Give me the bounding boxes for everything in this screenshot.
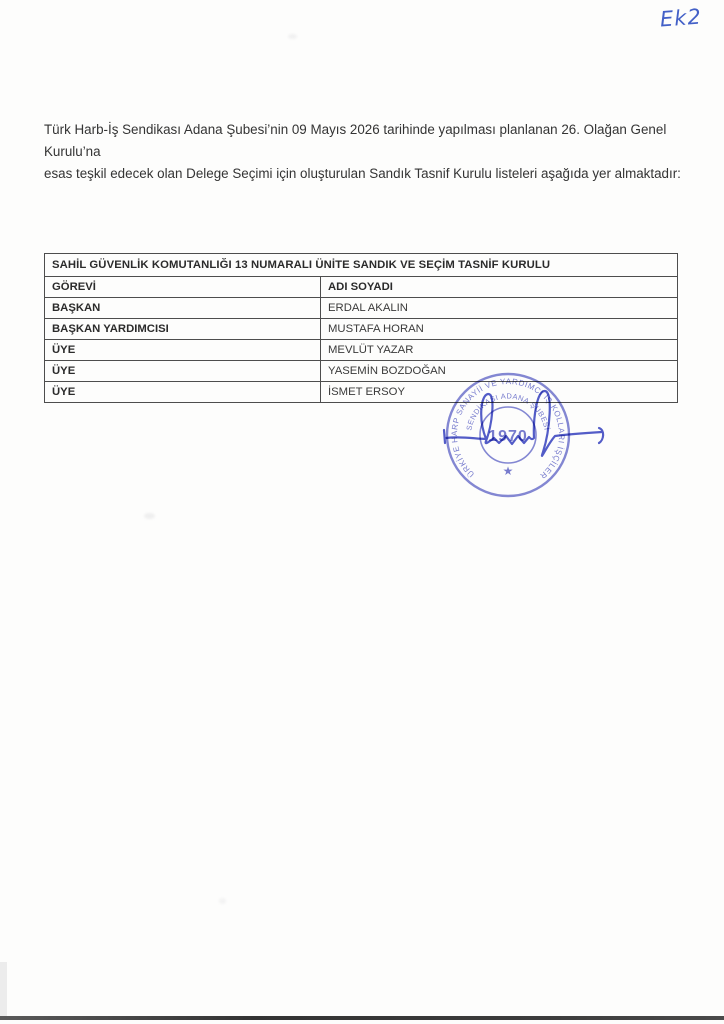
- signature-main-stroke: [446, 391, 602, 456]
- handwritten-annotation-ek2: Ek2: [659, 5, 702, 32]
- role-cell: ÜYE: [45, 340, 321, 361]
- table-title-row: SAHİL GÜVENLİK KOMUTANLIĞI 13 NUMARALI Ü…: [45, 254, 678, 277]
- scan-edge-artifact: [0, 962, 7, 1016]
- intro-line-2: esas teşkil edecek olan Delege Seçimi iç…: [44, 163, 688, 185]
- scanned-document-page: Ek2 Türk Harb-İş Sendikası Adana Şubesi’…: [0, 0, 724, 1024]
- table-row: BAŞKAN YARDIMCISI MUSTAFA HORAN: [45, 319, 678, 340]
- scan-smudge: [288, 34, 297, 39]
- scan-bottom-edge: [0, 1016, 724, 1020]
- name-cell: MEVLÜT YAZAR: [321, 340, 678, 361]
- scan-smudge: [144, 513, 155, 519]
- role-cell: BAŞKAN YARDIMCISI: [45, 319, 321, 340]
- table-header-row: GÖREVİ ADI SOYADI: [45, 277, 678, 298]
- signature: [428, 378, 628, 483]
- scan-smudge: [219, 898, 226, 904]
- name-cell: MUSTAFA HORAN: [321, 319, 678, 340]
- intro-line-1: Türk Harb-İş Sendikası Adana Şubesi’nin …: [44, 119, 688, 163]
- signature-end-hook: [599, 428, 603, 443]
- table-title: SAHİL GÜVENLİK KOMUTANLIĞI 13 NUMARALI Ü…: [45, 254, 678, 277]
- role-cell: ÜYE: [45, 382, 321, 403]
- table-row: BAŞKAN ERDAL AKALIN: [45, 298, 678, 319]
- table-row: ÜYE MEVLÜT YAZAR: [45, 340, 678, 361]
- role-cell: ÜYE: [45, 361, 321, 382]
- name-cell: ERDAL AKALIN: [321, 298, 678, 319]
- column-header-name: ADI SOYADI: [321, 277, 678, 298]
- role-cell: BAŞKAN: [45, 298, 321, 319]
- column-header-role: GÖREVİ: [45, 277, 321, 298]
- signature-left-tick: [444, 430, 445, 443]
- intro-paragraph: Türk Harb-İş Sendikası Adana Şubesi’nin …: [44, 119, 688, 185]
